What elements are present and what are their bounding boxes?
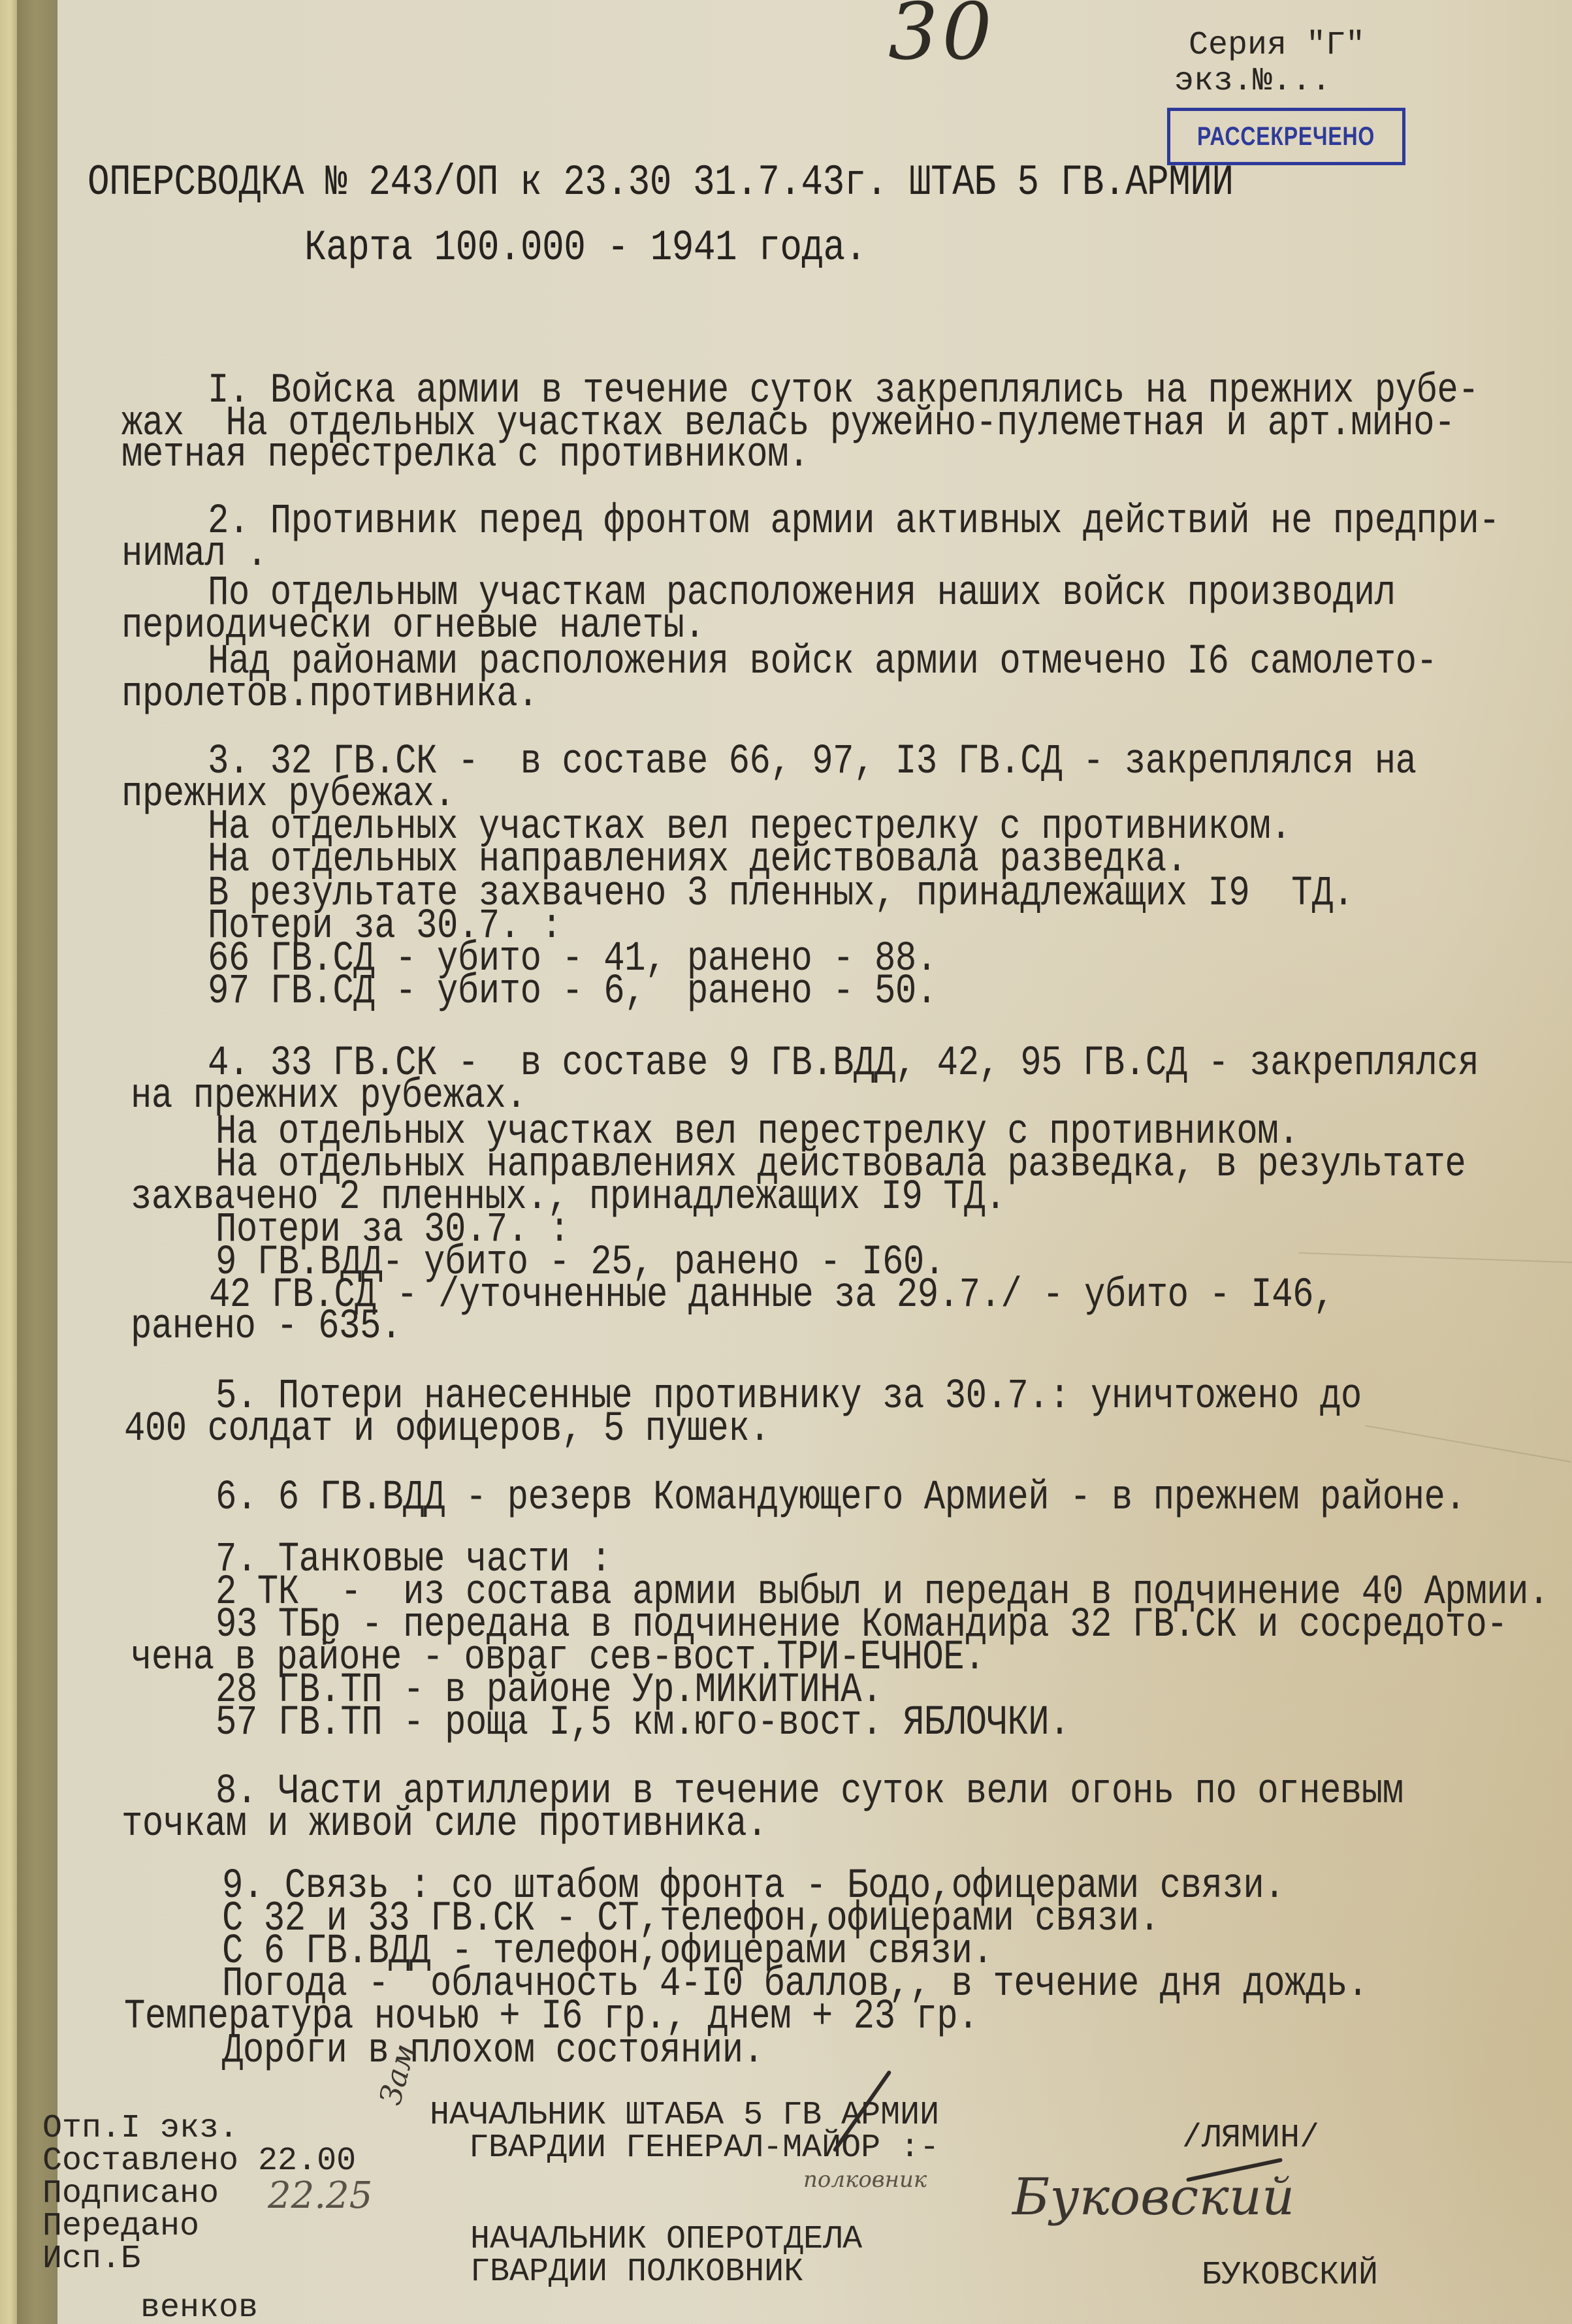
binding-edge [0,0,17,2324]
executor-name: венков [140,2292,258,2324]
losses-row: ранено - 635. [131,1308,402,1346]
series-label: Серия "Г" [1189,29,1365,62]
copies-label: Отп.I экз. [42,2112,238,2145]
section-line: нимал . [121,535,267,574]
handwritten-signature: Буковский [1012,2168,1294,2227]
chief-of-staff-rank: ГВАРДИИ ГЕНЕРАЛ-МАЙОР :- [469,2132,939,2165]
chief-of-operations-name: БУКОВСКИЙ [1202,2259,1378,2292]
tank-unit-row: 57 ГВ.ТП - роща I,5 км.юго-вост. ЯБЛОЧКИ… [216,1704,1070,1743]
binding-shadow [17,0,57,2324]
section-line: 6. 6 ГВ.ВДД - резерв Командующего Армией… [216,1479,1466,1518]
map-reference: Карта 100.000 - 1941 года. [304,229,867,267]
signed-label: Подписано [42,2178,219,2210]
compiled-label: Составлено 22.00 [42,2145,356,2178]
paper-crease [1365,1425,1571,1463]
handwritten-note: полковник [803,2167,927,2193]
chief-of-staff-name: /ЛЯМИН/ [1182,2122,1319,2155]
copy-number-label: экз.№... [1174,65,1331,98]
document-title: ОПЕРСВОДКА № 243/ОП к 23.30 31.7.43г. ШТ… [88,163,1234,202]
declassified-stamp: РАССЕКРЕЧЕНО [1167,108,1405,165]
section-line: точкам и живой силе противника. [121,1806,767,1844]
chief-of-operations-title: НАЧАЛЬНИК ОПЕРОТДЕЛА [470,2223,862,2256]
section-line: 2. Противник перед фронтом армии активны… [208,503,1500,541]
paper-crease [1298,1252,1572,1264]
signed-time-handwritten: 22.25 [268,2174,372,2217]
executor-label: Исп.Б [42,2243,140,2276]
chief-of-operations-rank: ГВАРДИИ ПОЛКОВНИК [470,2256,803,2289]
section-line: 400 солдат и офицеров, 5 пушек. [124,1410,770,1449]
section-line: метная перестрелка с противником. [121,436,809,475]
chief-of-staff-title: НАЧАЛЬНИК ШТАБА 5 ГВ АРМИИ [430,2099,939,2132]
roads-line: Дороги в плохом состоянии. [222,2032,764,2071]
handwritten-page-number: 30 [888,0,996,78]
transmitted-label: Передано [42,2210,199,2243]
section-line: пролетов.противника. [121,676,538,714]
stamp-text: РАССЕКРЕЧЕНО [1197,122,1375,151]
losses-row: 97 ГВ.СД - убито - 6, ранено - 50. [208,973,937,1011]
